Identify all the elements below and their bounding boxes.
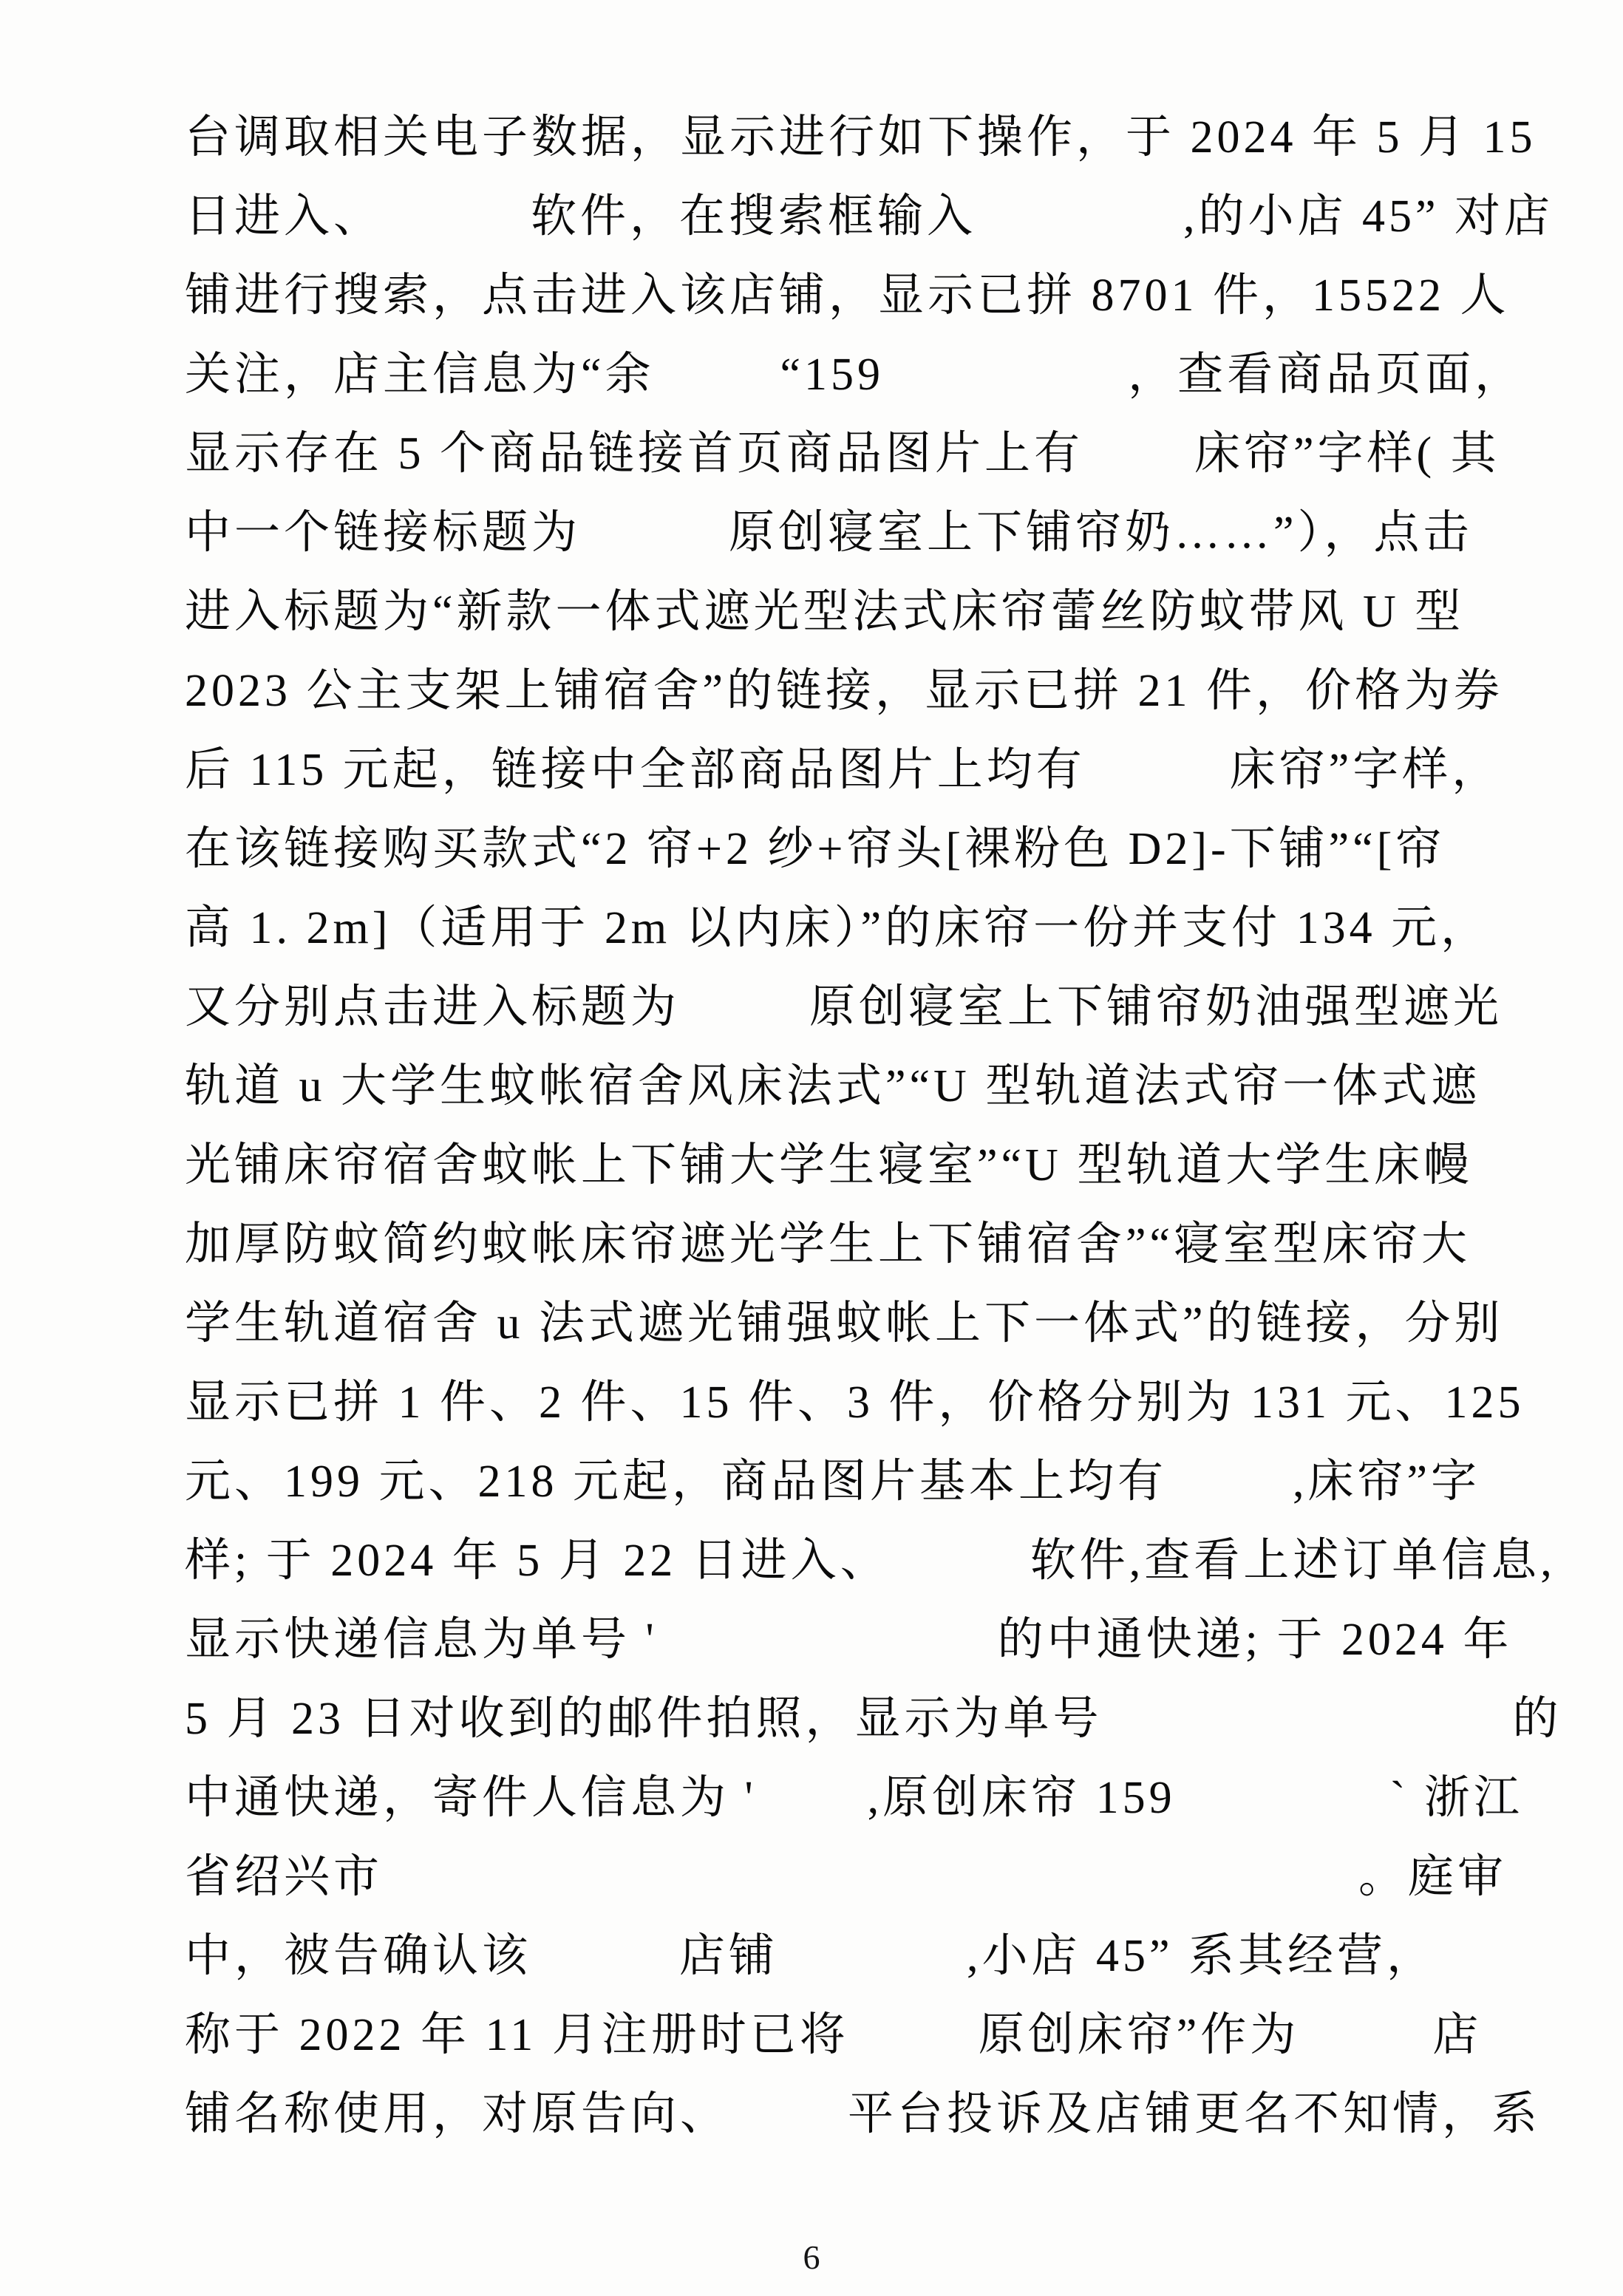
text-segment: “159 <box>780 350 885 400</box>
redaction-gap <box>729 2128 848 2129</box>
text-segment: 中，被告确认该 <box>185 1931 531 1981</box>
text-line: 铺进行搜索，点击进入该店铺，显示已拼 8701 件，15522 人 <box>185 256 1475 335</box>
redaction-gap <box>884 388 1128 389</box>
text-line: 显示快递信息为单号 '的中通快递; 于 2024 年 <box>185 1601 1475 1680</box>
text-line: 元、199 元、218 元起，商品图片基本上均有,床帘”字 <box>185 1442 1475 1522</box>
redaction-gap <box>1176 1811 1390 1813</box>
text-line: 又分别点击进入标题为原创寝室上下铺帘奶油强型遮光 <box>185 968 1475 1047</box>
text-segment: 样; 于 2024 年 5 月 22 日进入、 <box>185 1536 890 1586</box>
text-segment: 显示已拼 1 件、2 件、15 件、3 件，价格分别为 131 元、125 <box>185 1377 1525 1428</box>
text-segment: 原创寝室上下铺帘奶油强型遮光 <box>809 982 1503 1032</box>
text-line: 日进入、软件，在搜索框输入,的小店 45” 对店 <box>185 177 1475 256</box>
redaction-gap <box>383 230 531 231</box>
text-segment: 。庭审 <box>1358 1852 1507 1902</box>
text-segment: 日进入、 <box>185 191 383 242</box>
text-segment: 光铺床帘宿舍蚊帐上下铺大学生寝室”“U 型轨道大学生床幔 <box>185 1140 1473 1190</box>
redaction-gap <box>849 2048 979 2050</box>
text-line: 样; 于 2024 年 5 月 22 日进入、软件,查看上述订单信息, <box>185 1522 1475 1601</box>
text-segment: 高 1. 2m]（适用于 2m 以内床）”的床帘一份并支付 134 元， <box>185 903 1490 953</box>
text-line: 在该链接购买款式“2 帘+2 纱+帘头[裸粉色 D2]-下铺”“[帘 <box>185 810 1475 889</box>
text-segment: 5 月 23 日对收到的邮件拍照，显示为单号 <box>185 1694 1103 1744</box>
text-line: 显示已拼 1 件、2 件、15 件、3 件，价格分别为 131 元、125 <box>185 1363 1475 1442</box>
text-segment: 又分别点击进入标题为 <box>185 982 680 1032</box>
text-segment: 元、199 元、218 元起，商品图片基本上均有 <box>185 1457 1167 1507</box>
text-segment: ,原创床帘 159 <box>868 1773 1176 1823</box>
text-segment: 铺进行搜索，点击进入该店铺，显示已拼 8701 件，15522 人 <box>185 270 1510 321</box>
text-segment: 床帘”字样， <box>1230 745 1502 795</box>
text-segment: 原创寝室上下铺帘奶……”），点击 <box>729 508 1473 558</box>
text-segment: 显示快递信息为单号 ' <box>185 1615 658 1665</box>
redaction-gap <box>1299 2048 1432 2050</box>
text-line: 轨道 u 大学生蚊帐宿舍风床法式”“U 型轨道法式帘一体式遮 <box>185 1047 1475 1126</box>
redaction-gap <box>680 1021 809 1022</box>
text-segment: 铺名称使用，对原告向、 <box>185 2089 729 2139</box>
text-segment: 店 <box>1432 2010 1482 2060</box>
text-segment: ，查看商品页面， <box>1128 350 1524 400</box>
text-line: 2023 公主支架上铺宿舍”的链接，显示已拼 21 件，价格为券 <box>185 652 1475 731</box>
text-line: 加厚防蚊简约蚊帐床帘遮光学生上下铺宿舍”“寝室型床帘大 <box>185 1205 1475 1284</box>
text-line: 铺名称使用，对原告向、平台投诉及店铺更名不知情，系 <box>185 2075 1475 2154</box>
text-segment: 软件，在搜索框输入 <box>531 191 976 242</box>
text-segment: 原创床帘”作为 <box>979 2010 1300 2060</box>
text-segment: 在该链接购买款式“2 帘+2 纱+帘头[裸粉色 D2]-下铺”“[帘 <box>185 824 1445 874</box>
redaction-gap <box>976 230 1183 231</box>
text-line: 后 115 元起，链接中全部商品图片上均有床帘”字样， <box>185 731 1475 810</box>
text-line: 关注，店主信息为“余“159，查看商品页面， <box>185 335 1475 415</box>
text-line: 称于 2022 年 11 月注册时已将原创床帘”作为店 <box>185 1996 1475 2075</box>
text-segment: 关注，店主信息为“余 <box>185 350 655 400</box>
redaction-gap <box>1167 1495 1293 1496</box>
redaction-gap <box>655 388 780 389</box>
text-segment: 中通快递，寄件人信息为 ' <box>185 1773 757 1823</box>
text-segment: 的中通快递; 于 2024 年 <box>998 1615 1513 1665</box>
redaction-gap <box>1103 1732 1513 1734</box>
text-line: 中，被告确认该店铺,小店 45” 系其经营， <box>185 1917 1475 1996</box>
text-segment: 称于 2022 年 11 月注册时已将 <box>185 2010 849 2060</box>
redaction-gap <box>1086 783 1230 785</box>
text-segment: 加厚防蚊简约蚊帐床帘遮光学生上下铺宿舍”“寝室型床帘大 <box>185 1219 1471 1270</box>
redaction-gap <box>581 546 729 548</box>
text-line: 台调取相关电子数据，显示进行如下操作，于 2024 年 5 月 15 <box>185 98 1475 177</box>
text-segment: 轨道 u 大学生蚊帐宿舍风床法式”“U 型轨道法式帘一体式遮 <box>185 1061 1480 1111</box>
text-line: 中通快递，寄件人信息为 ',原创床帘 159` 浙江 <box>185 1759 1475 1838</box>
text-segment: ,的小店 45” 对店 <box>1183 191 1554 242</box>
text-segment: 的 <box>1513 1694 1562 1744</box>
redaction-gap <box>1083 467 1194 469</box>
text-segment: 后 115 元起，链接中全部商品图片上均有 <box>185 745 1086 795</box>
redaction-gap <box>658 1653 998 1655</box>
text-line: 省绍兴市。庭审 <box>185 1838 1475 1917</box>
text-segment: 显示存在 5 个商品链接首页商品图片上有 <box>185 429 1083 479</box>
text-segment: 台调取相关电子数据，显示进行如下操作，于 2024 年 5 月 15 <box>185 112 1537 163</box>
text-segment: ,床帘”字 <box>1293 1457 1480 1507</box>
text-line: 中一个链接标题为原创寝室上下铺帘奶……”），点击 <box>185 494 1475 573</box>
text-segment: 学生轨道宿舍 u 法式遮光铺强蚊帐上下一体式”的链接，分别 <box>185 1298 1504 1349</box>
text-segment: 店铺 <box>679 1931 778 1981</box>
text-line: 高 1. 2m]（适用于 2m 以内床）”的床帘一份并支付 134 元， <box>185 889 1475 968</box>
redaction-gap <box>890 1574 1030 1575</box>
page-number: 6 <box>0 2238 1623 2277</box>
body-text: 台调取相关电子数据，显示进行如下操作，于 2024 年 5 月 15日进入、软件… <box>185 98 1475 2154</box>
redaction-gap <box>531 1969 679 1971</box>
text-segment: 软件,查看上述订单信息, <box>1030 1536 1556 1586</box>
text-segment: 平台投诉及店铺更名不知情，系 <box>848 2089 1541 2139</box>
text-segment: 2023 公主支架上铺宿舍”的链接，显示已拼 21 件，价格为券 <box>185 666 1503 716</box>
text-line: 显示存在 5 个商品链接首页商品图片上有床帘”字样( 其 <box>185 415 1475 494</box>
text-line: 光铺床帘宿舍蚊帐上下铺大学生寝室”“U 型轨道大学生床幔 <box>185 1126 1475 1205</box>
redaction-gap <box>383 1890 1358 1892</box>
text-segment: 床帘”字样( 其 <box>1194 429 1500 479</box>
text-line: 进入标题为“新款一体式遮光型法式床帘蕾丝防蚊带风 U 型 <box>185 573 1475 652</box>
text-segment: 中一个链接标题为 <box>185 508 581 558</box>
text-segment: 进入标题为“新款一体式遮光型法式床帘蕾丝防蚊带风 U 型 <box>185 587 1464 637</box>
redaction-gap <box>778 1969 967 1971</box>
text-line: 5 月 23 日对收到的邮件拍照，显示为单号的 <box>185 1680 1475 1759</box>
text-segment: ` 浙江 <box>1390 1773 1523 1823</box>
text-segment: 省绍兴市 <box>185 1852 383 1902</box>
text-segment: ,小店 45” 系其经营， <box>967 1931 1436 1981</box>
redaction-gap <box>757 1811 868 1813</box>
text-line: 学生轨道宿舍 u 法式遮光铺强蚊帐上下一体式”的链接，分别 <box>185 1284 1475 1363</box>
document-page: 台调取相关电子数据，显示进行如下操作，于 2024 年 5 月 15日进入、软件… <box>0 0 1623 2296</box>
